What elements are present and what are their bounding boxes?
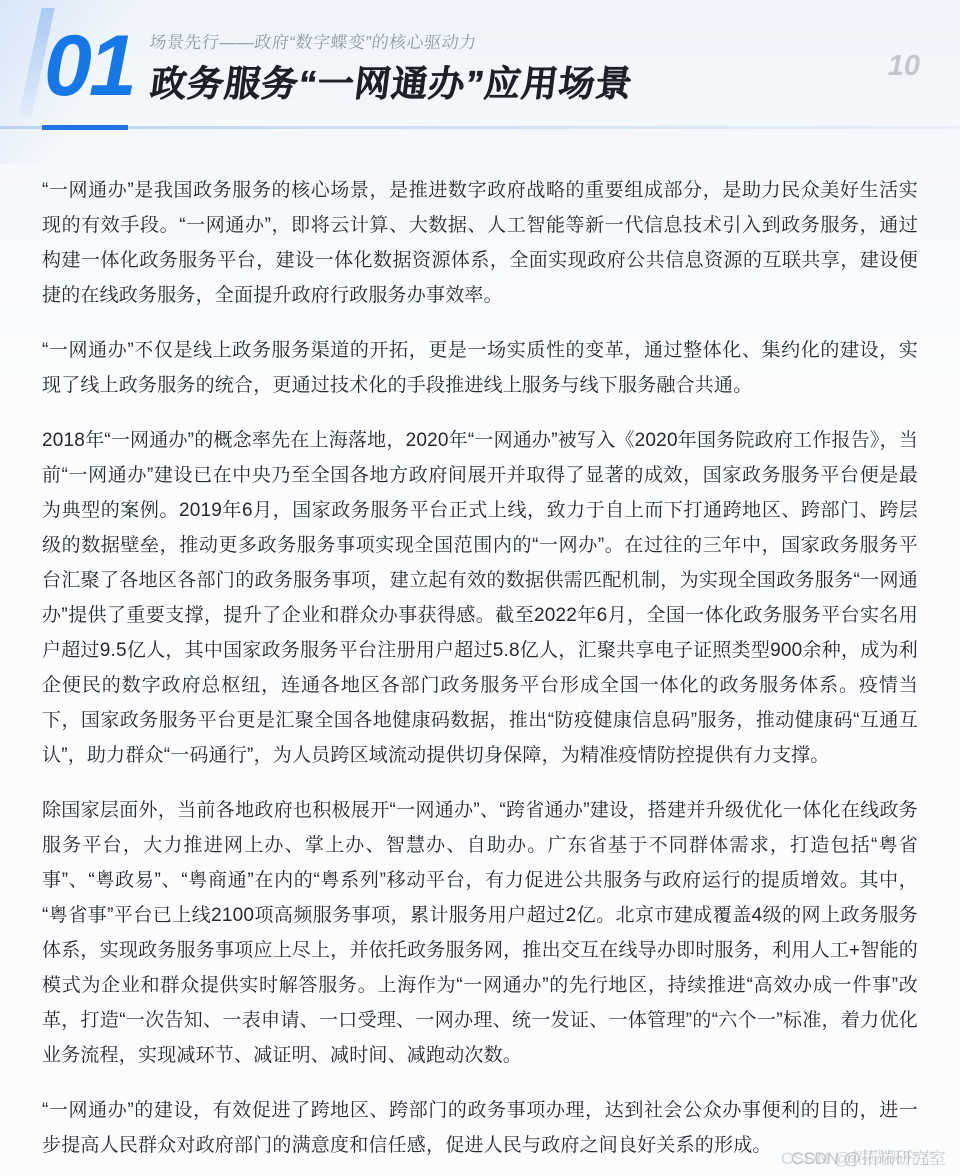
- body-content: “一网通办”是我国政务服务的核心场景，是推进数字政府战略的重要组成部分，是助力民…: [0, 173, 960, 1163]
- paragraph-reform: “一网通办”不仅是线上政务服务渠道的开拓，更是一场实质性的变革，通过整体化、集约…: [42, 333, 918, 403]
- header-text-block: 场景先行——政府“数字蝶变”的核心驱动力 政务服务“一网通办”应用场景: [148, 32, 630, 106]
- page-title: 政务服务“一网通办”应用场景: [148, 62, 635, 106]
- watermark-text: CSDN @拓端研究室: [791, 1149, 946, 1168]
- paragraph-intro: “一网通办”是我国政务服务的核心场景，是推进数字政府战略的重要组成部分，是助力民…: [42, 173, 918, 313]
- divider-accent-segment: [42, 125, 128, 130]
- chapter-number: 01: [44, 18, 134, 114]
- page-number: 10: [888, 50, 920, 83]
- header-divider: [0, 126, 960, 129]
- paragraph-national: 2018年“一网通办”的概念率先在上海落地，2020年“一网通办”被写入《202…: [42, 423, 918, 773]
- watermark: CSDN @拓端研究室 CSDN @拓端研究室: [791, 1148, 946, 1170]
- paragraph-local: 除国家层面外，当前各地政府也积极展开“一网通办”、“跨省通办”建设，搭建并升级优…: [42, 793, 918, 1073]
- chapter-subtitle: 场景先行——政府“数字蝶变”的核心驱动力: [148, 32, 633, 54]
- report-page: 01 场景先行——政府“数字蝶变”的核心驱动力 政务服务“一网通办”应用场景 1…: [0, 0, 960, 1176]
- page-header: 01 场景先行——政府“数字蝶变”的核心驱动力 政务服务“一网通办”应用场景 1…: [0, 0, 960, 131]
